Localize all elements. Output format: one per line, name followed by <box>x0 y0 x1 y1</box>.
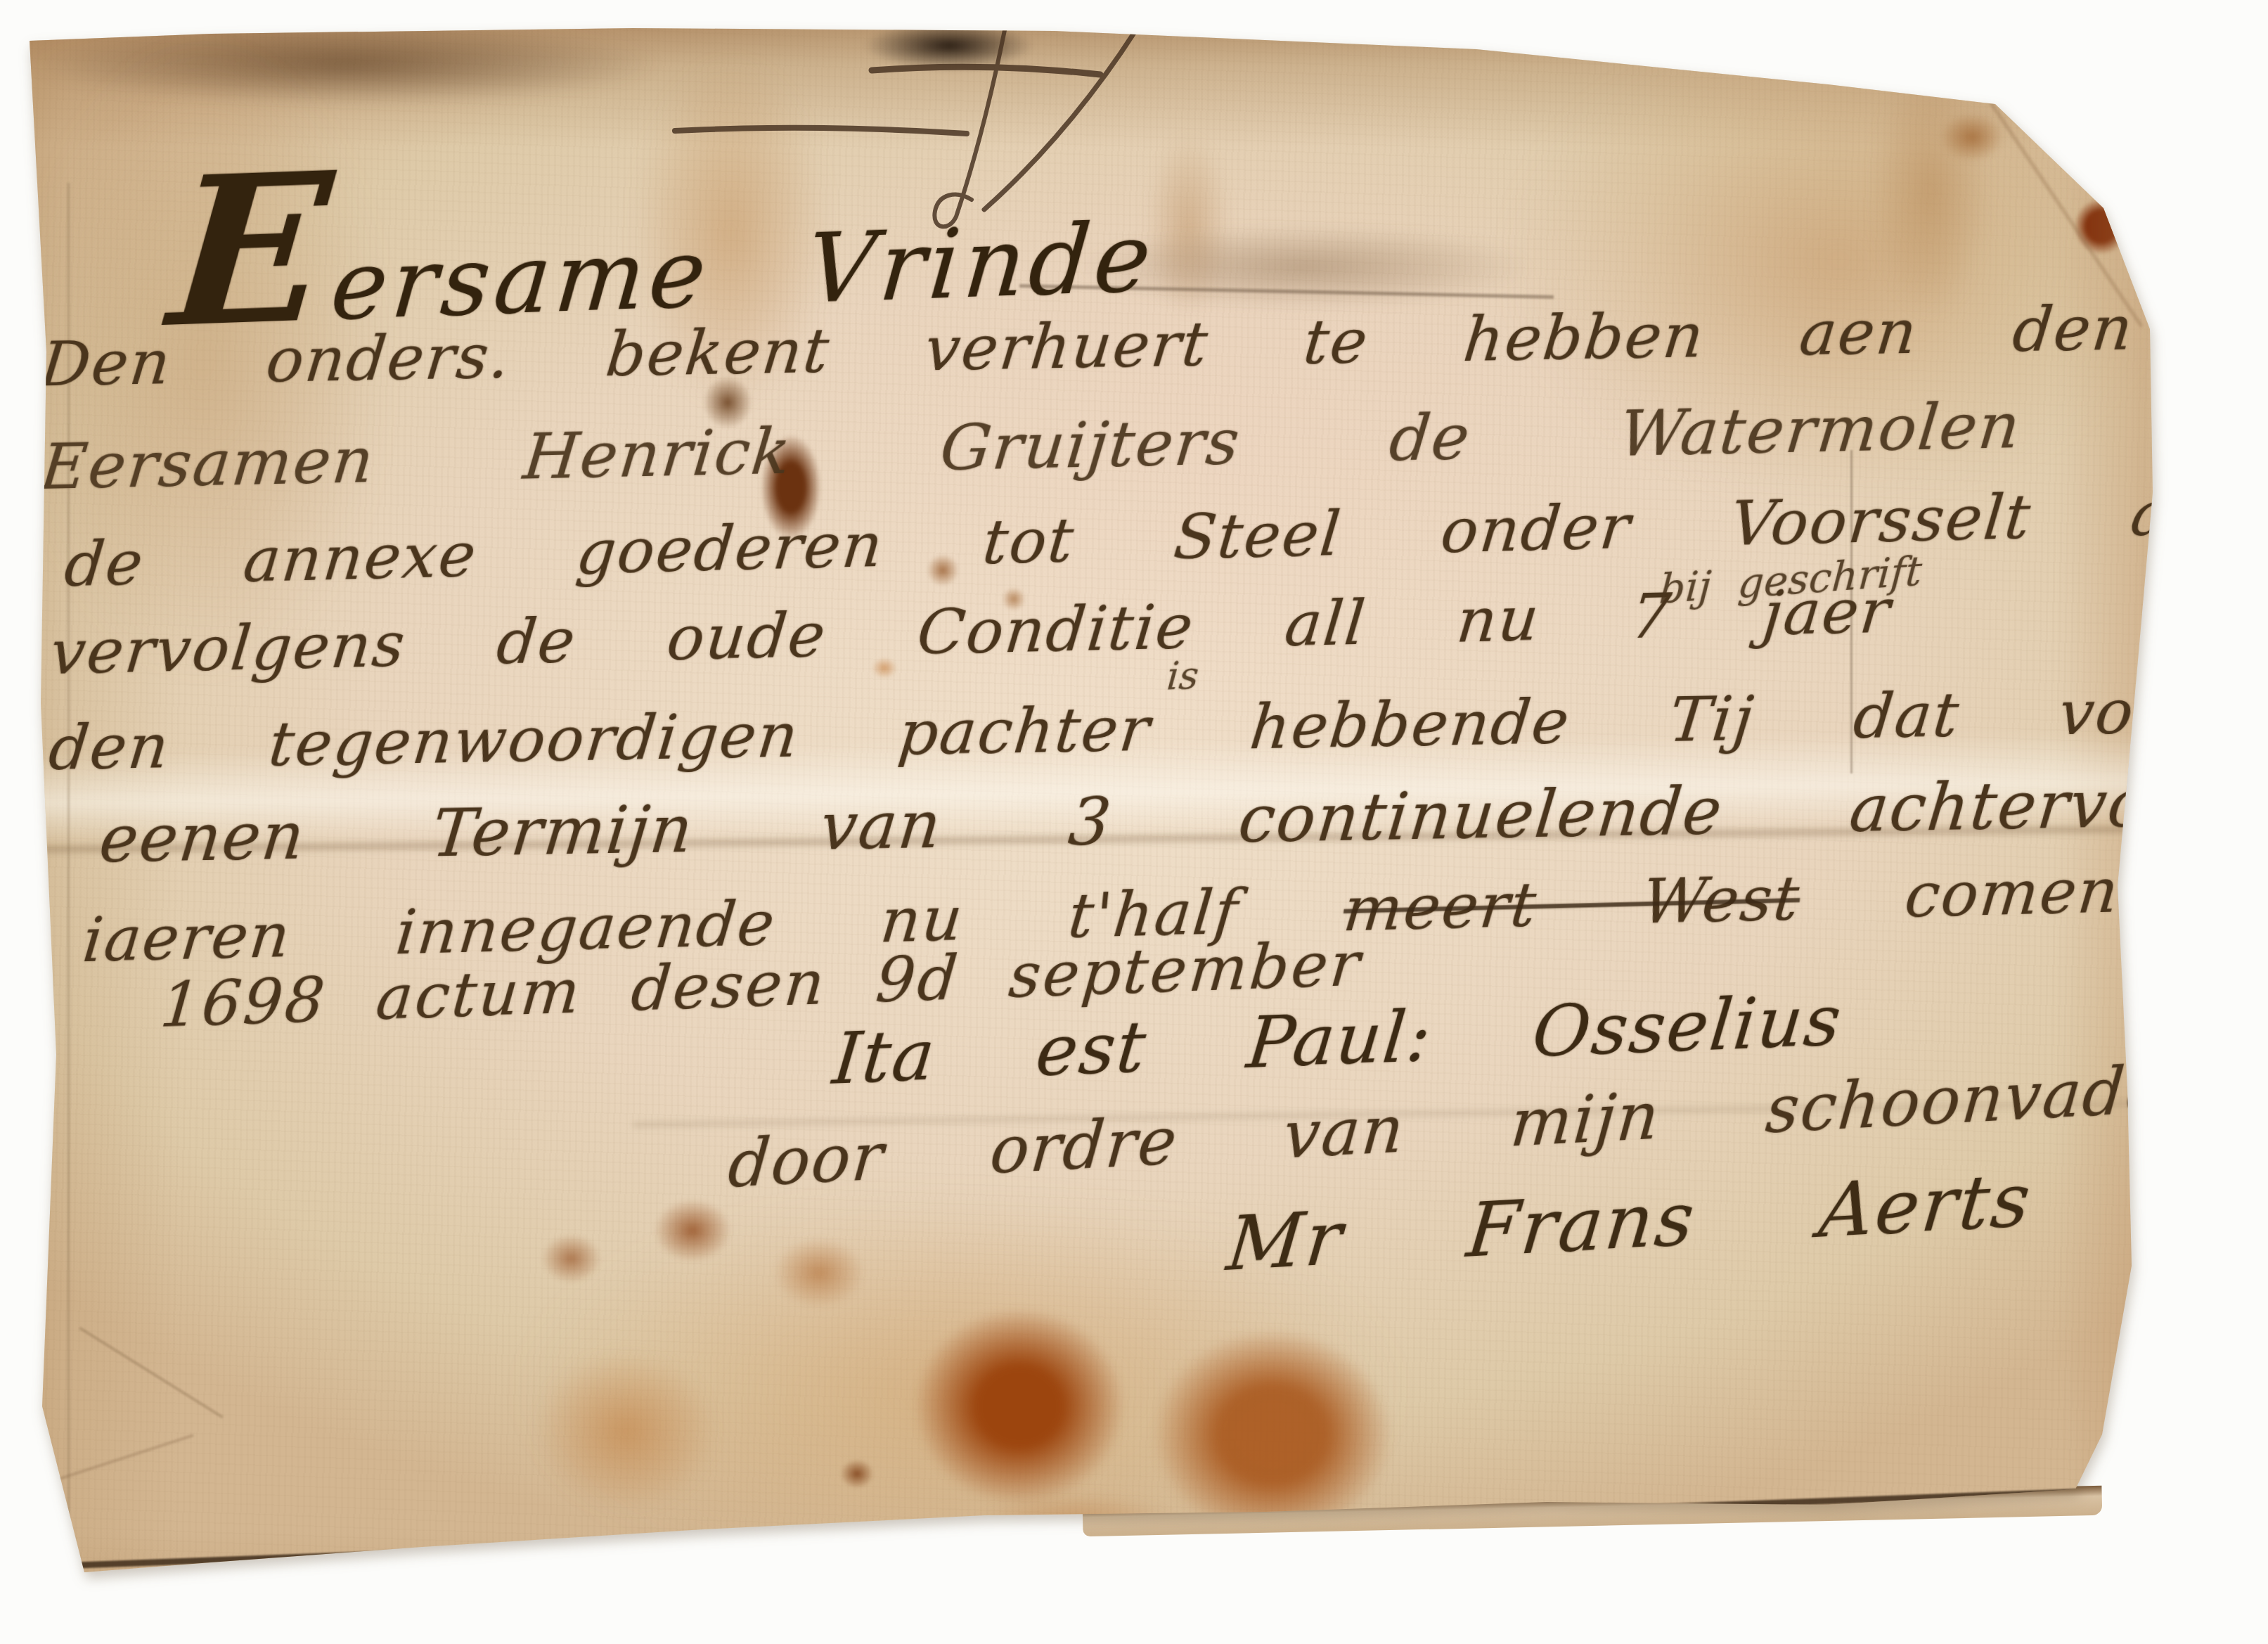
rust-spot-top-right <box>1940 113 2004 162</box>
bottom-stain-core-left <box>914 1308 1125 1505</box>
line-5-post: hebbende Tij dat voor <box>1246 674 2208 763</box>
top-edge-grime-left <box>28 21 661 105</box>
bottom-stain-satellite-1 <box>654 1199 731 1262</box>
line-7-struck-words: meert West <box>1341 861 1804 945</box>
top-right-drip <box>1870 63 1990 316</box>
bottom-stain-lobe-left <box>534 1350 717 1512</box>
line-7-post: comende <box>1796 852 2202 934</box>
bottom-stain-drip-low <box>970 1491 1181 1575</box>
bottom-stain-satellite-2 <box>541 1234 601 1283</box>
scanned-manuscript-page: Eersame Vrinde Den onders. bekent verhue… <box>0 0 2268 1644</box>
manuscript-line-5: den tegenwoordigen pachter hebbende Tij … <box>46 674 2208 784</box>
bottom-stain-satellite-3 <box>773 1238 865 1308</box>
bottom-edge-shadow-line <box>67 1489 2083 1569</box>
line-5-pre: den tegenwoordigen pachter <box>46 691 1254 784</box>
dark-red-spot-right-edge <box>2074 198 2129 255</box>
bottom-left-wrinkle-2 <box>59 1434 193 1480</box>
interlinear-insert-line5: is <box>1165 653 1200 700</box>
bottom-stain-core-right <box>1153 1329 1392 1540</box>
paper-sheet: Eersame Vrinde Den onders. bekent verhue… <box>0 0 2268 1644</box>
bottom-stain-dot <box>840 1459 874 1489</box>
paper-sheet-wrapper: Eersame Vrinde Den onders. bekent verhue… <box>0 0 2268 1644</box>
bottom-left-wrinkle-1 <box>79 1327 224 1419</box>
